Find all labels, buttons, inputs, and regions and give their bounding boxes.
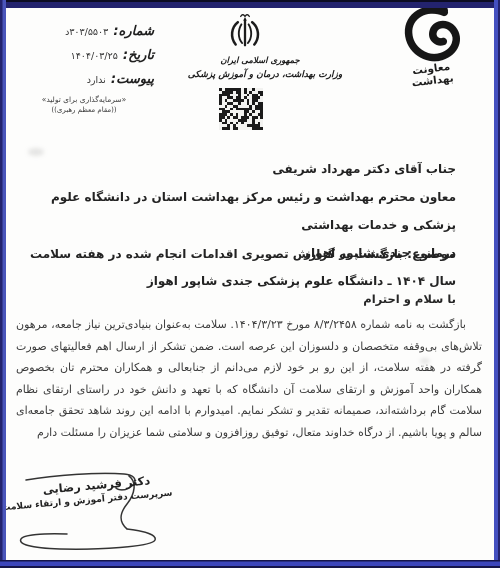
subject-label: موضوع: <box>407 246 456 261</box>
scan-border-right <box>494 0 500 568</box>
letter-date-value: ۱۴۰۴/۰۳/۲۵ <box>71 51 118 62</box>
letter-number-value: ۳۰۳/۵۵۰۳د <box>65 27 108 38</box>
letter-body: بازگشت به نامه شماره ۸/۳/۲۴۵۸ مورخ ۱۴۰۴/… <box>16 314 482 443</box>
letter-attachment-value: ندارد <box>87 75 106 86</box>
recipient-name: جناب آقای دکتر مهرداد شریفی <box>28 155 456 183</box>
scan-border-left <box>0 0 6 568</box>
letter-date-row: تاریخ: ۱۴۰۴/۰۳/۲۵ <box>14 44 154 63</box>
letter-number-row: شماره: ۳۰۳/۵۵۰۳د <box>14 20 154 39</box>
subject-text: بازگشت به گزارش تصویری اقدامات انجام شده… <box>30 247 456 288</box>
scan-smudge <box>420 358 430 364</box>
letter-number-label: شماره: <box>113 24 154 39</box>
letter-date-label: تاریخ: <box>123 48 154 63</box>
recipient-title-line1: معاون محترم بهداشت و رئیس مرکز بهداشت اس… <box>28 183 456 239</box>
iran-emblem-icon <box>222 11 268 59</box>
letter-attachment-label: پیوست: <box>111 72 154 87</box>
letter-attachment-row: پیوست: ندارد <box>14 68 154 87</box>
salutation: با سلام و احترام <box>363 292 456 306</box>
scan-border-bottom <box>0 560 500 568</box>
scanned-letter-page: شماره: ۳۰۳/۵۵۰۳د تاریخ: ۱۴۰۴/۰۳/۲۵ پیوست… <box>0 0 500 568</box>
scan-border-top <box>0 0 500 8</box>
subject-line: موضوع: بازگشت به گزارش تصویری اقدامات ان… <box>30 240 456 295</box>
year-slogan: «سرمایه‌گذاری برای تولید» <box>14 94 154 105</box>
country-name: جمهوری اسلامی ایران <box>175 56 345 66</box>
health-deputy-logo-icon <box>398 2 468 68</box>
scan-smudge <box>28 148 44 156</box>
qr-code <box>219 88 263 130</box>
year-slogan-attribution: ((مقام معظم رهبری)) <box>14 106 154 114</box>
signature-block: دکتر فرشید رضایی سرپرست دفتر آموزش و ارت… <box>12 466 222 558</box>
ministry-name: وزارت بهداشت، درمان و آموزش پزشکی <box>160 70 370 80</box>
letter-reference-block: شماره: ۳۰۳/۵۵۰۳د تاریخ: ۱۴۰۴/۰۳/۲۵ پیوست… <box>14 20 154 114</box>
